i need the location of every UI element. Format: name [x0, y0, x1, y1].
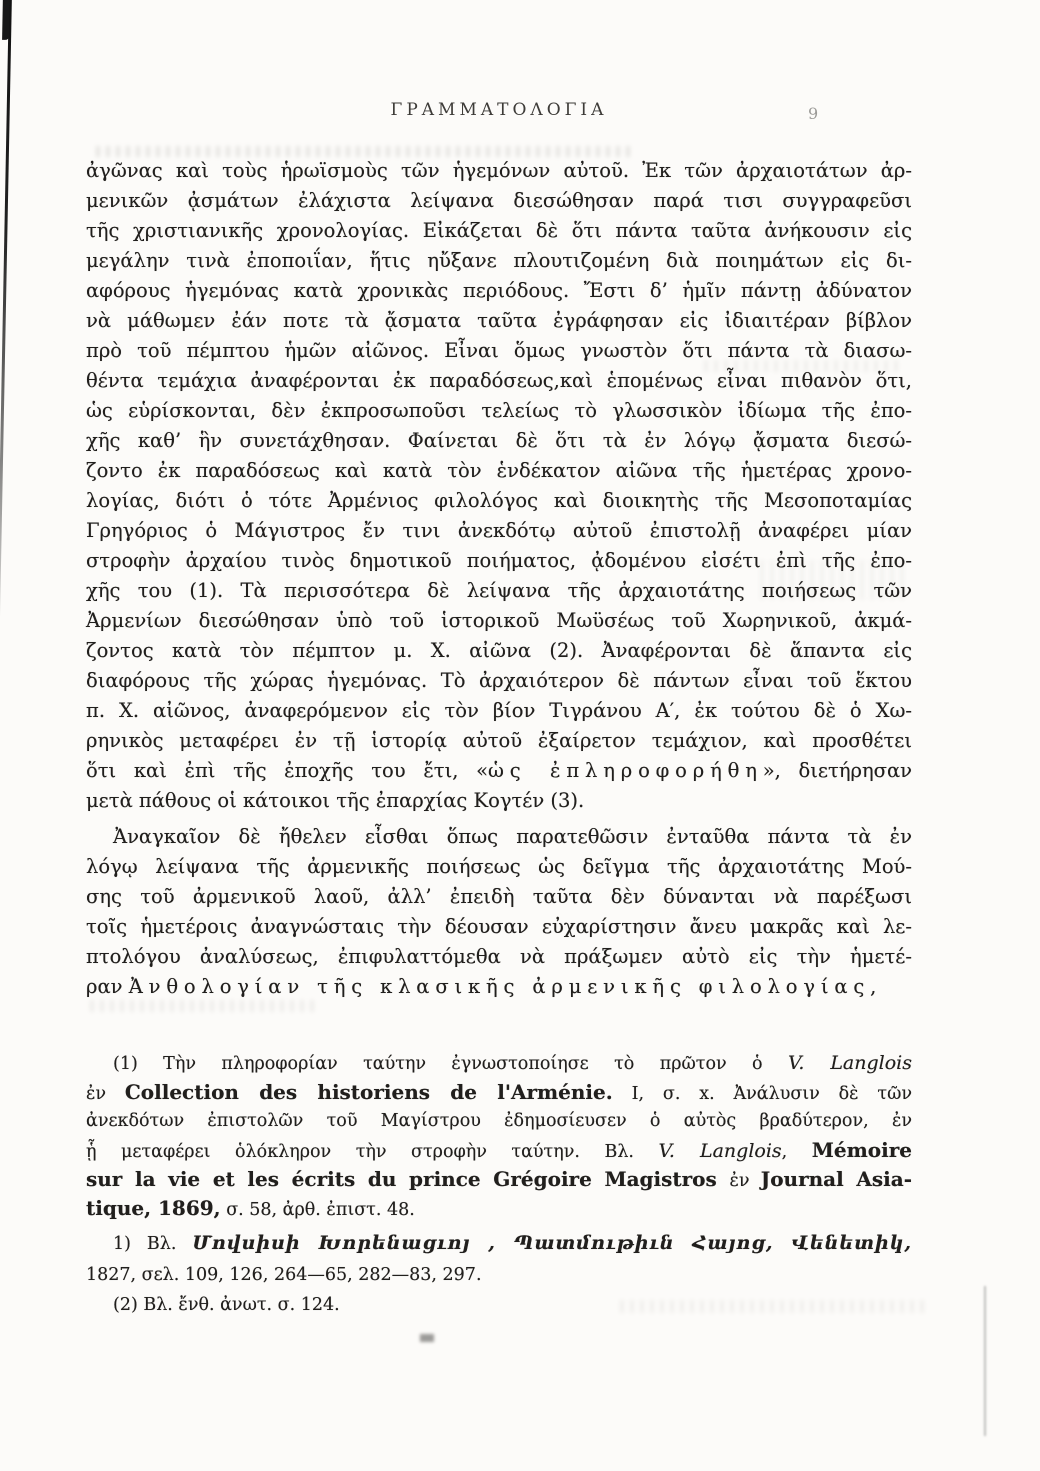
text-line: τοῖς ἡμετέροις ἀναγνώσταις τὴν δέουσαν ε…: [86, 912, 912, 942]
footnote-2: 1) Βλ. Մովսիսի Խորենացւոյ , Պատմութիւն Հ…: [86, 1227, 912, 1291]
text-segment: Γρηγόριος ὁ Μάγιστρος ἔν τινι ἀνεκδότῳ α…: [86, 519, 912, 542]
text-segment-lat: Journal Asia-: [761, 1167, 912, 1191]
text-line: ζοντος κατὰ τὸν πέμπτον μ. Χ. αἰῶνα (2).…: [86, 636, 912, 666]
text-segment: στροφὴν ἀρχαίου τινὸς δημοτικοῦ ποιήματο…: [86, 549, 912, 572]
text-segment: αφόρους ἡγεμόνας κατὰ χρονικὰς περιόδους…: [86, 279, 912, 302]
text-line: τῆς χριστιανικῆς χρονολογίας. Εἰκάζεται …: [86, 216, 912, 246]
text-segment: (2) Βλ. ἔνθ. ἀνωτ. σ. 124.: [113, 1295, 340, 1315]
text-line: αφόρους ἡγεμόνας κατὰ χρονικὰς περιόδους…: [86, 276, 912, 306]
text-line: (1) Τὴν πληροφορίαν ταύτην ἐγνωστοποίησε…: [86, 1049, 912, 1078]
footnote-1: (1) Τὴν πληροφορίαν ταύτην ἐγνωστοποίησε…: [86, 1049, 912, 1223]
text-line: tique, 1869, σ. 58, ἀρθ. ἐπιστ. 48.: [86, 1194, 912, 1223]
text-line: ζοντο ἐκ παραδόσεως καὶ κατὰ τὸν ἑνδέκατ…: [86, 456, 912, 486]
text-line: 1) Βλ. Մովսիսի Խորենացւոյ , Պատմութիւն Հ…: [86, 1227, 912, 1259]
text-segment: ρηνικὸς μεταφέρει ἐν τῇ ἱστορίᾳ αὐτοῦ ἐξ…: [86, 729, 912, 752]
text-segment: θέντα τεμάχια ἀναφέρονται ἐκ παραδόσεως,…: [86, 369, 912, 392]
text-line: πρὸ τοῦ πέμπτου ἡμῶν αἰῶνος. Εἶναι ὅμως …: [86, 336, 912, 366]
text-segment-lat: sur la vie et les écrits du prince Grégo…: [86, 1167, 729, 1191]
text-line: διαφόρους τῆς χώρας ἡγεμόνας. Τὸ ἀρχαιότ…: [86, 666, 912, 696]
text-segment-ls: Ἀνθολογίαν τῆς κλασικῆς ἀρμενικῆς φιλολο…: [129, 975, 883, 998]
text-line: ραν Ἀνθολογίαν τῆς κλασικῆς ἀρμενικῆς φι…: [86, 972, 912, 1002]
text-line: Ἀρμενίων διεσώθησαν ὑπὸ τοῦ ἱστορικοῦ Μω…: [86, 606, 912, 636]
text-segment: ἐν: [729, 1171, 760, 1191]
text-line: λόγῳ λείψανα τῆς ἀρμενικῆς ποιήσεως ὡς δ…: [86, 852, 912, 882]
text-segment: μετὰ πάθους οἱ κάτοικοι τῆς ἐπαρχίας Κογ…: [86, 789, 584, 812]
text-segment: τοῖς ἡμετέροις ἀναγνώσταις τὴν δέουσαν ε…: [86, 915, 912, 938]
text-segment: ἀγῶνας καὶ τοὺς ἡρωϊσμοὺς τῶν ἡγεμόνων α…: [86, 159, 912, 182]
text-line: θέντα τεμάχια ἀναφέρονται ἐκ παραδόσεως,…: [86, 366, 912, 396]
text-line: στροφὴν ἀρχαίου τινὸς δημοτικοῦ ποιήματο…: [86, 546, 912, 576]
text-line: Γρηγόριος ὁ Μάγιστρος ἔν τινι ἀνεκδότῳ α…: [86, 516, 912, 546]
scanned-book-page: ΓΡΑΜΜΑΤΟΛΟΓΙΑ 9 ἀγῶνας καὶ τοὺς ἡρωϊσμοὺ…: [0, 0, 1040, 1471]
text-segment: χῆς του (1). Τὰ περισσότερα δὲ λείψανα τ…: [86, 579, 912, 602]
text-segment: μεγάλην τινὰ ἐποποιΐαν, ἥτις ηὔξανε πλου…: [86, 249, 912, 272]
text-line: ἐν Collection des historiens de l'Arméni…: [86, 1078, 912, 1107]
text-segment: διαφόρους τῆς χώρας ἡγεμόνας. Τὸ ἀρχαιότ…: [86, 669, 912, 692]
text-segment: ,: [782, 1142, 812, 1162]
text-segment: 1) Βλ.: [113, 1234, 192, 1254]
text-line: μετὰ πάθους οἱ κάτοικοι τῆς ἐπαρχίας Κογ…: [86, 786, 912, 816]
text-segment: Ἀρμενίων διεσώθησαν ὑπὸ τοῦ ἱστορικοῦ Μω…: [86, 609, 912, 632]
text-line: Ἀναγκαῖον δὲ ἤθελεν εἶσθαι ὅπως παρατεθῶ…: [86, 822, 912, 852]
text-line: μεγάλην τινὰ ἐποποιΐαν, ἥτις ηὔξανε πλου…: [86, 246, 912, 276]
text-segment: πτολόγου ἀναλύσεως, ἐπιφυλαττόμεθα νὰ πρ…: [86, 945, 912, 968]
page-header: ΓΡΑΜΜΑΤΟΛΟΓΙΑ 9: [86, 100, 912, 128]
text-segment-ls: ὡς ἐπληροφορήθη: [488, 759, 763, 782]
footnote-3: (2) Βλ. ἔνθ. ἀνωτ. σ. 124.: [86, 1291, 912, 1320]
text-segment: ραν: [86, 975, 129, 998]
text-segment: σης τοῦ ἀρμενικοῦ λαοῦ, ἀλλ’ ἐπειδὴ ταῦτ…: [86, 885, 912, 908]
text-line: 1827, σελ. 109, 126, 264—65, 282—83, 297…: [86, 1259, 912, 1291]
text-segment-arm: Մովսիսի Խորենացւոյ , Պատմութիւն Հայոց, Վ…: [192, 1232, 912, 1254]
text-segment: (1) Τὴν πληροφορίαν ταύτην ἐγνωστοποίησε…: [113, 1054, 788, 1074]
text-line: ρηνικὸς μεταφέρει ἐν τῇ ἱστορίᾳ αὐτοῦ ἐξ…: [86, 726, 912, 756]
text-segment-lat-i: V. Langlois: [788, 1052, 912, 1074]
text-segment: I, σ. x. Ἀνάλυσιν δὲ τῶν: [613, 1084, 912, 1104]
text-segment-lat: Collection des historiens de l'Arménie.: [125, 1080, 613, 1104]
text-segment: π. Χ. αἰῶνος, ἀναφερόμενον εἰς τὸν βίον …: [86, 699, 912, 722]
text-segment-lat-i: V. Langlois: [659, 1140, 782, 1162]
text-segment: ὅτι καὶ ἐπὶ τῆς ἐποχῆς του ἔτι, «: [86, 759, 488, 782]
text-segment: ἀνεκδότων ἐπιστολῶν τοῦ Μαγίστρου ἐδημοσ…: [86, 1111, 912, 1131]
ink-spot: [420, 1334, 434, 1342]
text-segment: νὰ μάθωμεν ἐάν ποτε τὰ ᾄσματα ταῦτα ἐγρά…: [86, 309, 912, 332]
text-line: σης τοῦ ἀρμενικοῦ λαοῦ, ἀλλ’ ἐπειδὴ ταῦτ…: [86, 882, 912, 912]
text-line: νὰ μάθωμεν ἐάν ποτε τὰ ᾄσματα ταῦτα ἐγρά…: [86, 306, 912, 336]
text-segment: μενικῶν ᾀσμάτων ἐλάχιστα λείψανα διεσώθη…: [86, 189, 912, 212]
text-segment-lat: tique, 1869,: [86, 1196, 221, 1220]
text-line: π. Χ. αἰῶνος, ἀναφερόμενον εἰς τὸν βίον …: [86, 696, 912, 726]
text-segment: τῆς χριστιανικῆς χρονολογίας. Εἰκάζεται …: [86, 219, 912, 242]
text-segment: 1827, σελ. 109, 126, 264—65, 282—83, 297…: [86, 1265, 482, 1285]
text-line: μενικῶν ᾀσμάτων ἐλάχιστα λείψανα διεσώθη…: [86, 186, 912, 216]
text-segment: ἐν: [86, 1084, 125, 1104]
text-line: ὅτι καὶ ἐπὶ τῆς ἐποχῆς του ἔτι, «ὡς ἐπλη…: [86, 756, 912, 786]
text-line: ᾗ μεταφέρει ὁλόκληρον τὴν στροφὴν ταύτην…: [86, 1136, 912, 1165]
text-segment: ᾗ μεταφέρει ὁλόκληρον τὴν στροφὴν ταύτην…: [86, 1142, 659, 1162]
text-segment: ζοντος κατὰ τὸν πέμπτον μ. Χ. αἰῶνα (2).…: [86, 639, 912, 662]
text-line: (2) Βλ. ἔνθ. ἀνωτ. σ. 124.: [86, 1291, 912, 1320]
text-line: πτολόγου ἀναλύσεως, ἐπιφυλαττόμεθα νὰ πρ…: [86, 942, 912, 972]
scan-edge-artifact: [984, 1286, 986, 1436]
text-segment: ὡς εὑρίσκονται, δὲν ἐκπροσωποῦσι τελείως…: [86, 399, 912, 422]
text-segment: λογίας, διότι ὁ τότε Ἀρμένιος φιλολόγος …: [86, 489, 912, 512]
text-line: sur la vie et les écrits du prince Grégo…: [86, 1165, 912, 1194]
text-segment: Ἀναγκαῖον δὲ ἤθελεν εἶσθαι ὅπως παρατεθῶ…: [113, 825, 912, 848]
body-paragraph-1: ἀγῶνας καὶ τοὺς ἡρωϊσμοὺς τῶν ἡγεμόνων α…: [86, 156, 912, 816]
text-segment: λόγῳ λείψανα τῆς ἀρμενικῆς ποιήσεως ὡς δ…: [86, 855, 912, 878]
running-header-title: ΓΡΑΜΜΑΤΟΛΟΓΙΑ: [86, 100, 912, 120]
scan-spine-edge-artifact: [0, 0, 12, 672]
text-segment: ζοντο ἐκ παραδόσεως καὶ κατὰ τὸν ἑνδέκατ…: [86, 459, 912, 482]
text-segment-lat: Mémoire: [812, 1138, 912, 1162]
body-paragraph-2: Ἀναγκαῖον δὲ ἤθελεν εἶσθαι ὅπως παρατεθῶ…: [86, 822, 912, 1002]
text-line: ἀγῶνας καὶ τοὺς ἡρωϊσμοὺς τῶν ἡγεμόνων α…: [86, 156, 912, 186]
text-line: χῆς του (1). Τὰ περισσότερα δὲ λείψανα τ…: [86, 576, 912, 606]
text-segment: σ. 58, ἀρθ. ἐπιστ. 48.: [221, 1200, 415, 1220]
text-segment: πρὸ τοῦ πέμπτου ἡμῶν αἰῶνος. Εἶναι ὅμως …: [86, 339, 912, 362]
page-number: 9: [808, 104, 818, 123]
text-segment: χῆς καθ’ ἣν συνετάχθησαν. Φαίνεται δὲ ὅτ…: [86, 429, 912, 452]
text-segment: », διετήρησαν: [763, 759, 912, 782]
text-line: ὡς εὑρίσκονται, δὲν ἐκπροσωποῦσι τελείως…: [86, 396, 912, 426]
text-line: χῆς καθ’ ἣν συνετάχθησαν. Φαίνεται δὲ ὅτ…: [86, 426, 912, 456]
text-line: λογίας, διότι ὁ τότε Ἀρμένιος φιλολόγος …: [86, 486, 912, 516]
text-line: ἀνεκδότων ἐπιστολῶν τοῦ Μαγίστρου ἐδημοσ…: [86, 1107, 912, 1136]
